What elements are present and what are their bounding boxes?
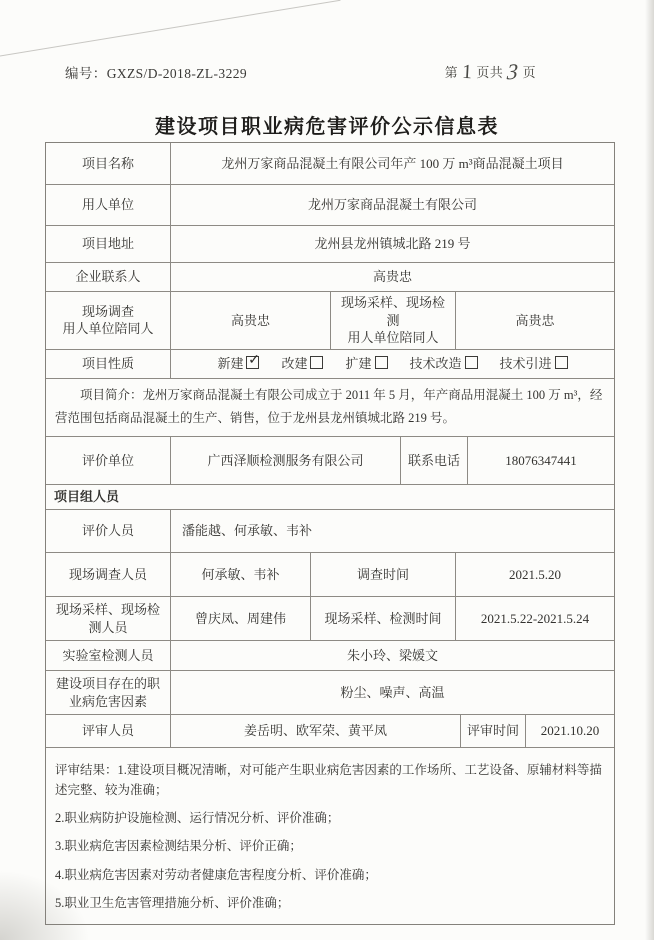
sampling-value: 曾庆凤、周建伟 — [170, 597, 310, 640]
project-name-label: 项目名称 — [46, 143, 170, 184]
page-middle: 页共 — [476, 62, 503, 81]
row-employer: 用人单位 龙州万家商品混凝土有限公司 — [46, 184, 614, 225]
phone-label: 联系电话 — [400, 437, 467, 484]
contact-value: 高贵忠 — [170, 263, 614, 291]
sampling-accompany-value: 高贵忠 — [455, 292, 614, 349]
info-table: 项目名称 龙州万家商品混凝土有限公司年产 100 万 m³商品混凝土项目 用人单… — [45, 142, 615, 925]
row-project-name: 项目名称 龙州万家商品混凝土有限公司年产 100 万 m³商品混凝土项目 — [46, 143, 614, 184]
row-sampling: 现场采样、现场检 测人员 曾庆凤、周建伟 现场采样、检测时间 2021.5.22… — [46, 596, 614, 640]
doc-number-label: 编号： — [65, 66, 107, 81]
review-value: 姜岳明、欧军荣、黄平凤 — [170, 715, 460, 747]
sampling-accompany-label: 现场采样、现场检测 用人单位陪同人 — [330, 292, 455, 349]
review-result-line: 4.职业病危害因素对劳动者健康危害程度分析、评价准确； — [55, 866, 605, 885]
project-name-value: 龙州万家商品混凝土有限公司年产 100 万 m³商品混凝土项目 — [170, 143, 614, 184]
checkbox-unchecked-icon — [555, 356, 568, 369]
evaluators-label: 评价人员 — [46, 510, 170, 552]
project-intro-text: 项目简介：龙州万家商品混凝土有限公司成立于 2011 年 5 月，年产商品用混凝… — [46, 379, 614, 437]
row-hazards: 建设项目存在的职 业病危害因素 粉尘、噪声、高温 — [46, 670, 614, 714]
page-indicator: 第 1 页共 3 页 — [445, 62, 536, 81]
scanned-document-page: 编号：GXZS/D-2018-ZL-3229 第 1 页共 3 页 建设项目职业… — [0, 0, 654, 940]
nature-option: 扩建 — [345, 355, 387, 373]
review-time-label: 评审时间 — [460, 715, 525, 747]
hazards-value: 粉尘、噪声、高温 — [170, 671, 614, 714]
address-label: 项目地址 — [46, 226, 170, 262]
hazards-label: 建设项目存在的职 业病危害因素 — [46, 671, 170, 714]
sampling-time-label: 现场采样、检测时间 — [310, 597, 455, 640]
row-team-section: 项目组人员 — [46, 484, 614, 509]
review-time-value: 2021.10.20 — [525, 715, 614, 747]
employer-label: 用人单位 — [46, 185, 170, 225]
site-survey-value: 何承敏、韦补 — [170, 553, 310, 596]
contact-label: 企业联系人 — [46, 263, 170, 291]
scan-fold-line — [0, 0, 341, 57]
nature-option: 新建✓ — [217, 355, 259, 373]
row-project-intro: 项目简介：龙州万家商品混凝土有限公司成立于 2011 年 5 月，年产商品用混凝… — [46, 378, 614, 437]
page-suffix: 页 — [523, 62, 536, 81]
sampling-time-value: 2021.5.22-2021.5.24 — [455, 597, 614, 640]
row-evaluation-org: 评价单位 广西泽顺检测服务有限公司 联系电话 18076347441 — [46, 436, 614, 484]
address-value: 龙州县龙州镇城北路 219 号 — [170, 226, 614, 262]
review-result-line: 2.职业病防护设施检测、运行情况分析、评价准确； — [55, 809, 605, 828]
employer-value: 龙州万家商品混凝土有限公司 — [170, 185, 614, 225]
row-review: 评审人员 姜岳明、欧军荣、黄平凤 评审时间 2021.10.20 — [46, 714, 614, 747]
row-accompany: 现场调查 用人单位陪同人 高贵忠 现场采样、现场检测 用人单位陪同人 高贵忠 — [46, 291, 614, 349]
row-evaluators: 评价人员 潘能越、何承敏、韦补 — [46, 509, 614, 552]
row-contact: 企业联系人 高贵忠 — [46, 262, 614, 291]
row-lab: 实验室检测人员 朱小玲、梁媛文 — [46, 640, 614, 670]
phone-value: 18076347441 — [467, 437, 614, 484]
nature-option-label: 改建 — [281, 355, 307, 373]
nature-option-label: 技术改造 — [410, 355, 462, 373]
evaluation-org-label: 评价单位 — [46, 437, 170, 484]
checkbox-unchecked-icon — [465, 356, 478, 369]
evaluation-org-value: 广西泽顺检测服务有限公司 — [170, 437, 400, 484]
page-prefix: 第 — [445, 62, 458, 81]
nature-option-label: 扩建 — [345, 355, 371, 373]
review-label: 评审人员 — [46, 715, 170, 747]
team-section-label: 项目组人员 — [46, 485, 614, 509]
survey-accompany-value: 高贵忠 — [170, 292, 330, 349]
row-address: 项目地址 龙州县龙州镇城北路 219 号 — [46, 225, 614, 262]
survey-time-label: 调查时间 — [310, 553, 455, 596]
handwritten-total-pages: 3 — [507, 64, 519, 79]
handwritten-current-page: 1 — [462, 64, 473, 79]
review-result-line: 评审结果：1.建设项目概况清晰，对可能产生职业病危害因素的工作场所、工艺设备、原… — [55, 761, 605, 800]
checkbox-checked-icon: ✓ — [246, 356, 259, 369]
sampling-label: 现场采样、现场检 测人员 — [46, 597, 170, 640]
row-review-result: 评审结果：1.建设项目概况清晰，对可能产生职业病危害因素的工作场所、工艺设备、原… — [46, 747, 614, 924]
row-project-nature: 项目性质 新建✓改建扩建技术改造技术引进 — [46, 349, 614, 378]
nature-option-label: 新建 — [217, 355, 243, 373]
project-nature-options: 新建✓改建扩建技术改造技术引进 — [170, 350, 614, 378]
doc-number-value: GXZS/D-2018-ZL-3229 — [107, 66, 247, 81]
doc-number: 编号：GXZS/D-2018-ZL-3229 — [65, 62, 247, 82]
row-site-survey: 现场调查人员 何承敏、韦补 调查时间 2021.5.20 — [46, 552, 614, 596]
survey-time-value: 2021.5.20 — [455, 553, 614, 596]
review-result-line: 5.职业卫生危害管理措施分析、评价准确； — [55, 894, 605, 913]
scan-edge-shadow — [645, 0, 654, 940]
site-survey-label: 现场调查人员 — [46, 553, 170, 596]
review-result-line: 3.职业病危害因素检测结果分析、评价正确； — [55, 837, 605, 856]
nature-option-label: 技术引进 — [500, 355, 552, 373]
lab-label: 实验室检测人员 — [46, 641, 170, 670]
survey-accompany-label: 现场调查 用人单位陪同人 — [46, 292, 170, 349]
page-title: 建设项目职业病危害评价公示信息表 — [0, 110, 654, 139]
project-nature-label: 项目性质 — [46, 350, 170, 378]
checkbox-unchecked-icon — [310, 356, 323, 369]
nature-option: 改建 — [281, 355, 323, 373]
evaluators-value: 潘能越、何承敏、韦补 — [170, 510, 614, 552]
review-result-cell: 评审结果：1.建设项目概况清晰，对可能产生职业病危害因素的工作场所、工艺设备、原… — [46, 748, 614, 924]
nature-option: 技术改造 — [410, 355, 478, 373]
lab-value: 朱小玲、梁媛文 — [170, 641, 614, 670]
nature-option: 技术引进 — [500, 355, 568, 373]
checkbox-unchecked-icon — [375, 356, 388, 369]
